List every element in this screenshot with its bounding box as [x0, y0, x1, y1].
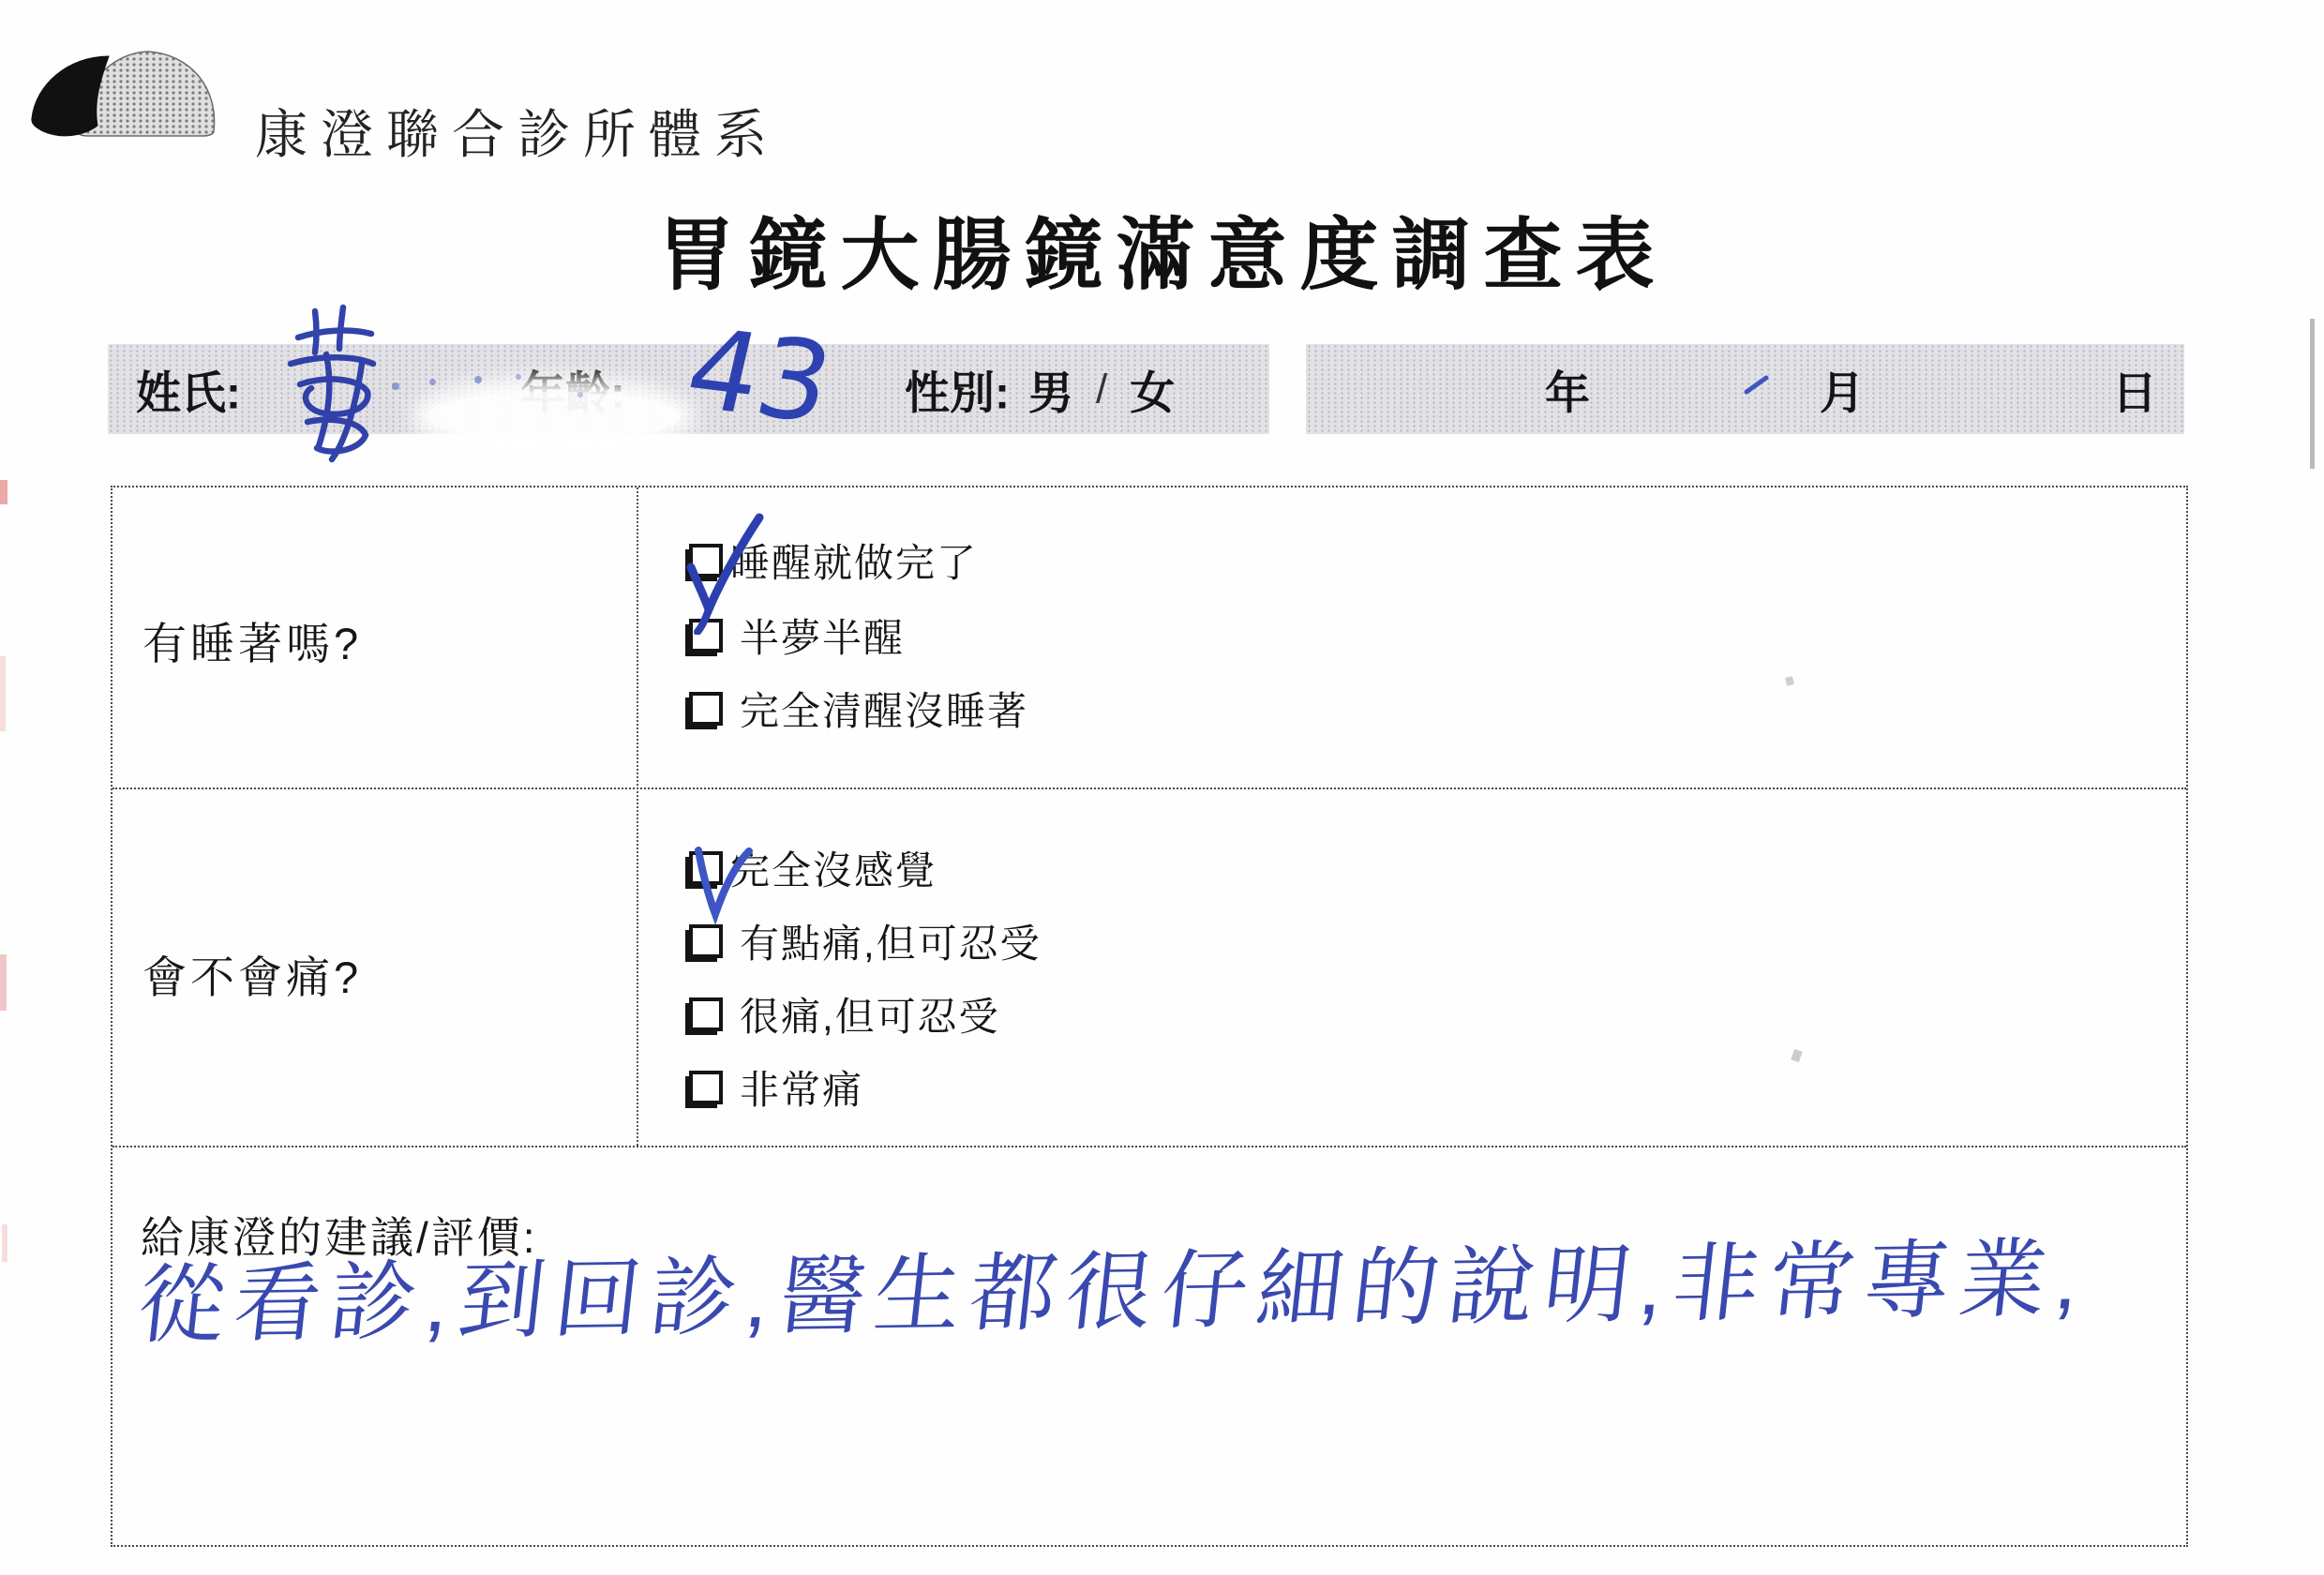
ink-dot	[577, 392, 583, 397]
checkbox-icon	[689, 997, 723, 1031]
clinic-logo-icon	[26, 45, 228, 139]
scanned-survey-form: 康澄聯合診所體系 胃鏡大腸鏡滿意度調查表 姓氏: 年齡: 性別: 男 / 女 蕭	[0, 0, 2324, 1575]
option-label: 完全沒感覺	[730, 840, 937, 896]
option-label: 半夢半醒	[740, 607, 905, 664]
ink-dot	[516, 374, 521, 380]
option-label: 很痛,但可忍受	[740, 986, 1000, 1042]
checkbox-icon	[689, 1071, 723, 1104]
checkbox-icon	[689, 924, 723, 958]
checkbox-icon	[689, 851, 723, 885]
year-label: 年	[1545, 357, 1590, 422]
option-label: 睡醒就做完了	[730, 532, 978, 589]
gender-separator: /	[1092, 366, 1111, 412]
scan-artifact	[0, 954, 7, 1011]
ink-speck	[1742, 371, 1772, 397]
ink-dot	[474, 376, 482, 383]
ink-dot	[392, 382, 399, 390]
survey-table: 有睡著嗎? 睡醒就做完了 半夢半醒 完全清醒沒睡著 會不會痛? 完全沒感覺 有點…	[111, 486, 2188, 1547]
scan-artifact	[0, 480, 7, 504]
option-row: 非常痛	[689, 1063, 863, 1112]
erased-patch	[427, 392, 680, 441]
gender-label: 性別:	[905, 357, 1010, 422]
gender-field: 性別: 男 / 女	[905, 357, 1175, 422]
month-label: 月	[1820, 357, 1865, 422]
option-row: 半夢半醒	[689, 611, 905, 660]
option-row: 睡醒就做完了	[689, 536, 978, 585]
day-label: 日	[2112, 357, 2157, 422]
option-label: 非常痛	[740, 1059, 863, 1116]
checkbox-icon	[689, 544, 723, 577]
clinic-name: 康澄聯合診所體系	[255, 94, 780, 169]
question-label-sleep: 有睡著嗎?	[142, 609, 362, 672]
checkbox-icon	[689, 692, 723, 726]
option-row: 完全清醒沒睡著	[689, 684, 1028, 733]
option-row: 有點痛,但可忍受	[689, 917, 1042, 966]
row-divider	[112, 787, 2186, 789]
gender-option-male: 男	[1028, 357, 1073, 422]
handwritten-age: 43	[677, 313, 842, 439]
column-divider	[637, 487, 638, 1146]
option-row: 完全沒感覺	[689, 844, 937, 892]
option-row: 很痛,但可忍受	[689, 990, 1000, 1039]
option-label: 完全清醒沒睡著	[740, 681, 1028, 737]
page-title: 胃鏡大腸鏡滿意度調查表	[0, 192, 2324, 306]
surname-label: 姓氏:	[136, 357, 241, 422]
option-label: 有點痛,但可忍受	[740, 913, 1042, 969]
question-label-pain: 會不會痛?	[142, 943, 362, 1006]
checkbox-icon	[689, 619, 723, 652]
gender-option-female: 女	[1130, 357, 1175, 422]
handwritten-surname	[270, 298, 392, 465]
scan-artifact	[0, 656, 6, 731]
scan-artifact	[2310, 319, 2315, 469]
scan-artifact	[2, 1224, 7, 1262]
ink-dot	[429, 379, 436, 385]
row-divider	[112, 1146, 2186, 1147]
